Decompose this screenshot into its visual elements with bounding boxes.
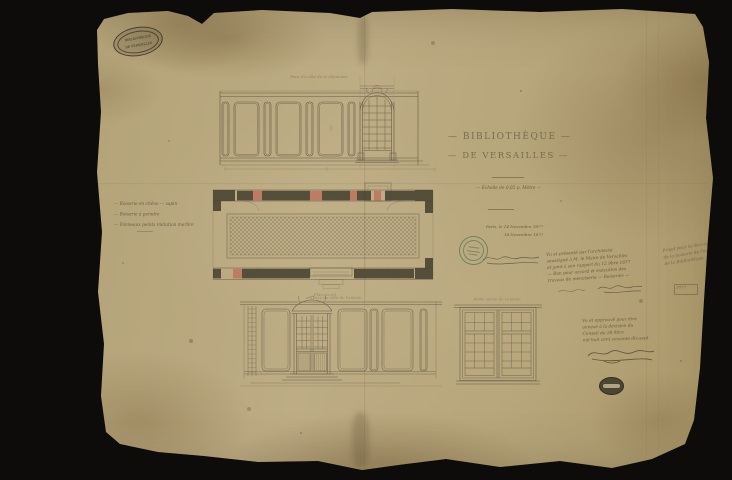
bottom-right-elevation-label: Porte vitrée de l'entrée [473, 297, 522, 302]
library-oval-stamp: BIBLIOTHÈQUE DE VERSAILLES [111, 23, 165, 60]
fold-stain-bottom [352, 412, 369, 468]
title-rule-2 [488, 209, 514, 210]
title-line-1: — BIBLIOTHÈQUE — [448, 132, 564, 142]
legend-item-1: — Boiserie en chêne — sapin [114, 199, 194, 210]
dateline-1: Paris, le 14 Novembre 1877 [486, 224, 543, 230]
note2-line4: mil huit cent soixante dix-sept [583, 335, 649, 344]
dark-oval-stamp [599, 377, 624, 395]
note1-flourish [556, 286, 586, 296]
title-rule-1 [492, 177, 524, 178]
note1-signature [596, 281, 644, 295]
paper-specks [0, 0, 2, 2]
scale-note: — Échelle de 0,02 p. Mètre — [476, 185, 541, 192]
stamp-text-line1: BIBLIOTHÈQUE [124, 34, 151, 42]
scan-background: BIBLIOTHÈQUE DE VERSAILLES — BIBLIOTHÈQU… [0, 0, 732, 480]
legend-rule [137, 231, 153, 232]
architect-signature [481, 252, 541, 267]
title-line-2: — DE VERSAILLES — [448, 151, 564, 161]
fold-stain-top [358, 16, 368, 64]
bottom-left-elevation-drawing: Face du côté de l'entrée [240, 294, 442, 390]
note2-signature [584, 344, 658, 364]
dark-oval-stamp-band [603, 384, 620, 388]
legend-item-2: — Boiserie à peindre [114, 210, 194, 221]
stamp-text-line2: DE VERSAILLES [125, 41, 152, 49]
right-fold-crease-2 [658, 12, 660, 466]
bottom-left-elevation-label: Face du côté de l'entrée [312, 295, 362, 300]
legend-item-3: — Panneaux peints imitation marbre [114, 220, 194, 231]
top-elevation-drawing: Face du côté de la cheminée [219, 70, 437, 178]
bottom-right-elevation-drawing: Porte vitrée de l'entrée [452, 296, 544, 394]
plan-drawing: Plan au sol [207, 180, 439, 298]
dateline-2: 18 Novembre 1877 [504, 232, 543, 238]
right-fold-crease-1 [646, 12, 648, 466]
top-elevation-label: Face du côté de la cheminée [289, 74, 348, 79]
drawing-sheet: BIBLIOTHÈQUE DE VERSAILLES — BIBLIOTHÈQU… [0, 0, 732, 480]
margin-note-year: 1877 [676, 285, 686, 290]
library-oval-stamp-inner: BIBLIOTHÈQUE DE VERSAILLES [115, 27, 160, 56]
